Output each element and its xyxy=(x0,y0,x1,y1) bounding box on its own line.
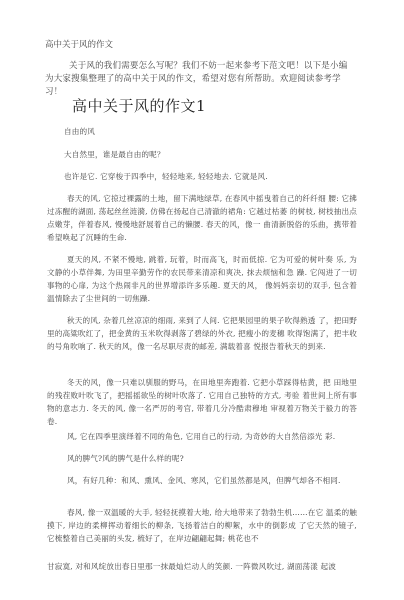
document-page: 高中关于风的作文 关于风的我们需要怎么写呢？我们不妨一起来参考下范文吧！以下是小… xyxy=(0,0,404,600)
essay-subtitle: 自由的风 xyxy=(64,125,354,138)
paragraph-question: 风的脾气?风的脾气是什么样的呢? xyxy=(47,452,357,465)
paragraph-continued: 甘寂寞, 对和风绽放出春日里那一抹最灿烂动人的笑颜. 一阵微风吹过, 湖面荡漾 … xyxy=(47,560,357,573)
intro-paragraph: 关于风的我们需要怎么写呢？我们不妨一起来参考下范文吧！以下是小编 为大家搜集整理… xyxy=(45,60,357,99)
paragraph-spring: 春天的风, 它掠过裸露的土地，留下满地绿草, 在春风中摇曳着自己的纤纤细 腰: … xyxy=(47,192,357,244)
paragraph-winter: 冬天的风，像一只难以驯服的野马，在田地里奔跑着. 它把小草踩得枯黄，把 田地里的… xyxy=(47,376,357,428)
paragraph-summary: 风, 它在四季里演绎着不同的角色, 它用自己的行动, 为奇妙的大自然倍添光 彩. xyxy=(47,430,357,443)
paragraph-spring-wind: 春风, 像一双温暖的大手, 轻轻抚摸着大地, 给大地带来了勃勃生机……在它 温柔… xyxy=(47,506,357,545)
paragraph: 大自然里，谁是最自由的呢？ xyxy=(64,148,354,161)
paragraph-summer: 夏天的风, 不紧不慢地, 跳着, 玩着，时而高飞，时而低掠. 它为可爱的树叶奏 … xyxy=(47,253,357,305)
paragraph-autumn: 秋天的风, 杂着几丝凉凉的细雨, 来到了人间. 它把果园里的果子吹得熟透 了，把… xyxy=(47,314,357,353)
paragraph-types: 风，有好几种：和风、熏风、金风、寒风，它们虽然都是风，但脾气却各不相同. xyxy=(47,474,357,487)
document-title: 高中关于风的作文 xyxy=(45,38,113,50)
section-heading: 高中关于风的作文1 xyxy=(72,95,206,116)
paragraph: 也许是它. 它穿梭于四季中，轻轻地来, 轻轻地去. 它就是风. xyxy=(64,170,354,183)
